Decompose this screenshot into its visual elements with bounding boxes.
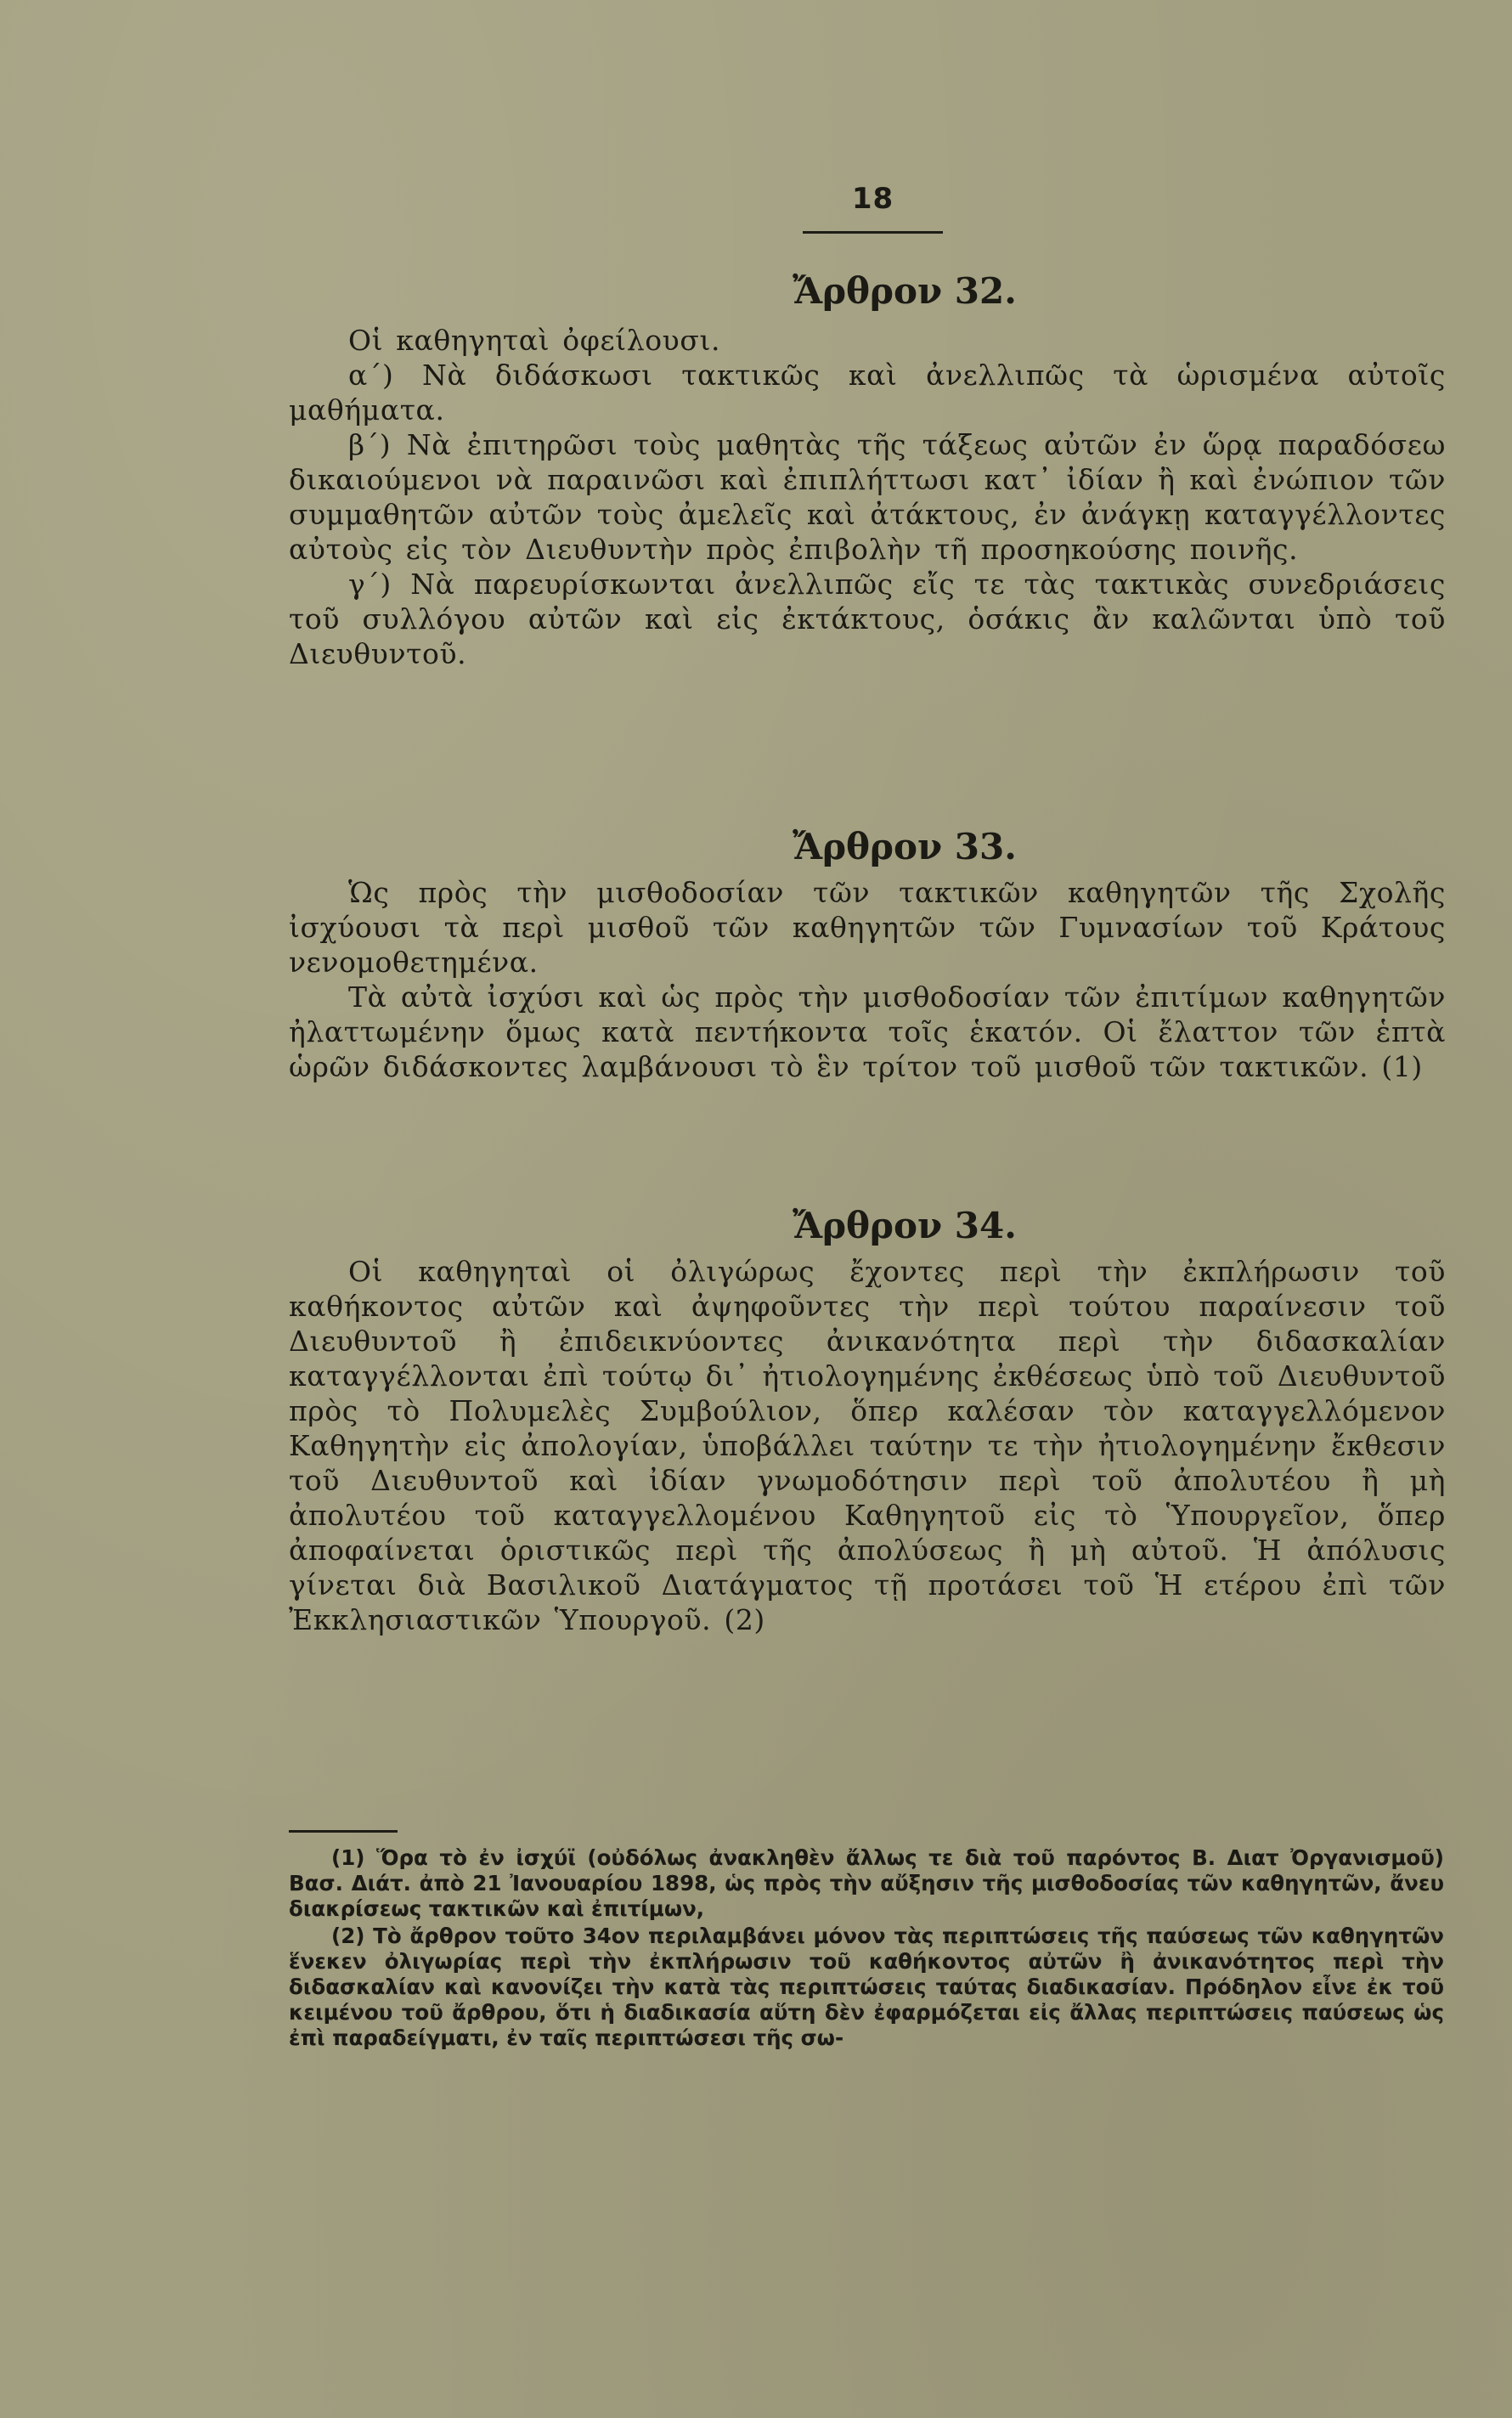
document-page: 18 Ἄρθρον 32. Οἱ καθηγηταὶ ὀφείλουσι. α΄… xyxy=(0,0,1512,2418)
page-number-rule xyxy=(803,231,943,234)
article-33-body: Ὡς πρὸς τὴν μισθοδοσίαν τῶν τακτικῶν καθ… xyxy=(289,875,1446,1084)
article-32-heading: Ἄρθρον 32. xyxy=(289,270,1444,313)
article-33-heading: Ἄρθρον 33. xyxy=(289,826,1444,868)
article-32-clause-a: α΄) Νὰ διδάσκωσι τακτικῶς καὶ ἀνελλιπῶς … xyxy=(289,358,1446,427)
article-32-intro: Οἱ καθηγηταὶ ὀφείλουσι. xyxy=(289,323,1446,358)
article-34-paragraph-1: Οἱ καθηγηταὶ οἱ ὀλιγώρως ἔχοντες περὶ τὴ… xyxy=(289,1254,1446,1637)
article-34-heading: Ἄρθρον 34. xyxy=(289,1205,1444,1247)
article-34-body: Οἱ καθηγηταὶ οἱ ὀλιγώρως ἔχοντες περὶ τὴ… xyxy=(289,1254,1446,1637)
footnote-2: (2) Τὸ ἄρθρον τοῦτο 34ον περιλαμβάνει μό… xyxy=(289,1924,1444,2051)
article-33-paragraph-2: Τὰ αὐτὰ ἰσχύσι καὶ ὡς πρὸς τὴν μισθοδοσί… xyxy=(289,980,1446,1084)
article-33-paragraph-1: Ὡς πρὸς τὴν μισθοδοσίαν τῶν τακτικῶν καθ… xyxy=(289,875,1446,980)
footnote-1: (1) Ὅρα τὸ ἐν ἰσχύϊ (οὐδόλως ἀνακληθὲν ἄ… xyxy=(289,1845,1444,1922)
footnote-separator xyxy=(289,1830,398,1833)
article-32-body: Οἱ καθηγηταὶ ὀφείλουσι. α΄) Νὰ διδάσκωσι… xyxy=(289,323,1446,671)
article-32-clause-c: γ΄) Νὰ παρευρίσκωνται ἀνελλιπῶς εἴς τε τ… xyxy=(289,567,1446,671)
footnotes: (1) Ὅρα τὸ ἐν ἰσχύϊ (οὐδόλως ἀνακληθὲν ἄ… xyxy=(289,1845,1444,2053)
article-32-clause-b: β΄) Νὰ ἐπιτηρῶσι τοὺς μαθητὰς τῆς τάξεως… xyxy=(289,427,1446,567)
page-number: 18 xyxy=(803,182,943,216)
